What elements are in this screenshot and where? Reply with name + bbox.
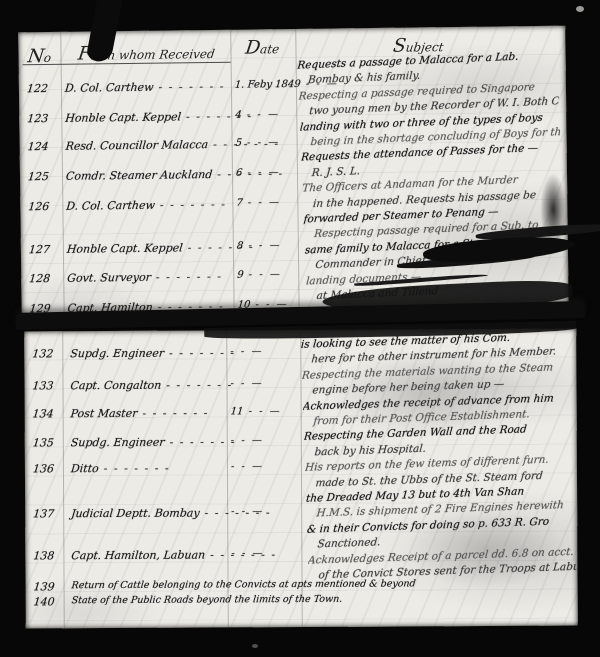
register-page-bottom: 132 Supdg. Engineer 133 Capt. Congalton … [24, 329, 578, 629]
date-value [230, 461, 264, 472]
entry-number: 132 [32, 347, 65, 360]
date-value [231, 506, 265, 517]
entry-number: 122 [26, 82, 59, 95]
film-stain [405, 509, 565, 590]
entry-number: 137 [33, 507, 66, 520]
entry-number: 123 [27, 112, 60, 125]
entry-number: 128 [29, 272, 62, 285]
microfilm-frame: No From whom Received Date Subject 122 D… [0, 0, 600, 657]
entry-number: 139 [33, 580, 66, 593]
film-speck [252, 644, 258, 648]
date-value [230, 435, 264, 446]
subject-column-text: Requests a passage to Malacca for a Lab.… [297, 48, 567, 316]
column-header-date: Date [229, 37, 296, 59]
date-value: 11 [230, 406, 282, 417]
date-value: 5 [235, 137, 281, 149]
date-value: 9 [237, 269, 283, 281]
date-value: 4 [235, 109, 281, 121]
date-value [231, 548, 265, 559]
entry-number: 135 [32, 436, 65, 449]
ink-smudge [540, 174, 567, 246]
date-value [230, 346, 264, 357]
film-stain [324, 349, 524, 440]
entry-number: 140 [33, 595, 66, 608]
entry-number: 127 [28, 243, 61, 256]
entry-number: 125 [27, 170, 60, 183]
entry-number: 133 [32, 379, 65, 392]
entry-number: 126 [28, 200, 61, 213]
entry-number: 124 [27, 140, 60, 153]
date-value: 7 [236, 197, 282, 209]
date-value: 8 [236, 240, 282, 252]
entry-number: 134 [32, 407, 65, 420]
entry-number: 138 [33, 549, 66, 562]
entry-number: 136 [32, 462, 65, 475]
register-page-top: No From whom Received Date Subject 122 D… [18, 26, 569, 324]
film-speck [576, 6, 584, 12]
date-value: 6 [235, 167, 281, 179]
date-value [230, 378, 264, 389]
